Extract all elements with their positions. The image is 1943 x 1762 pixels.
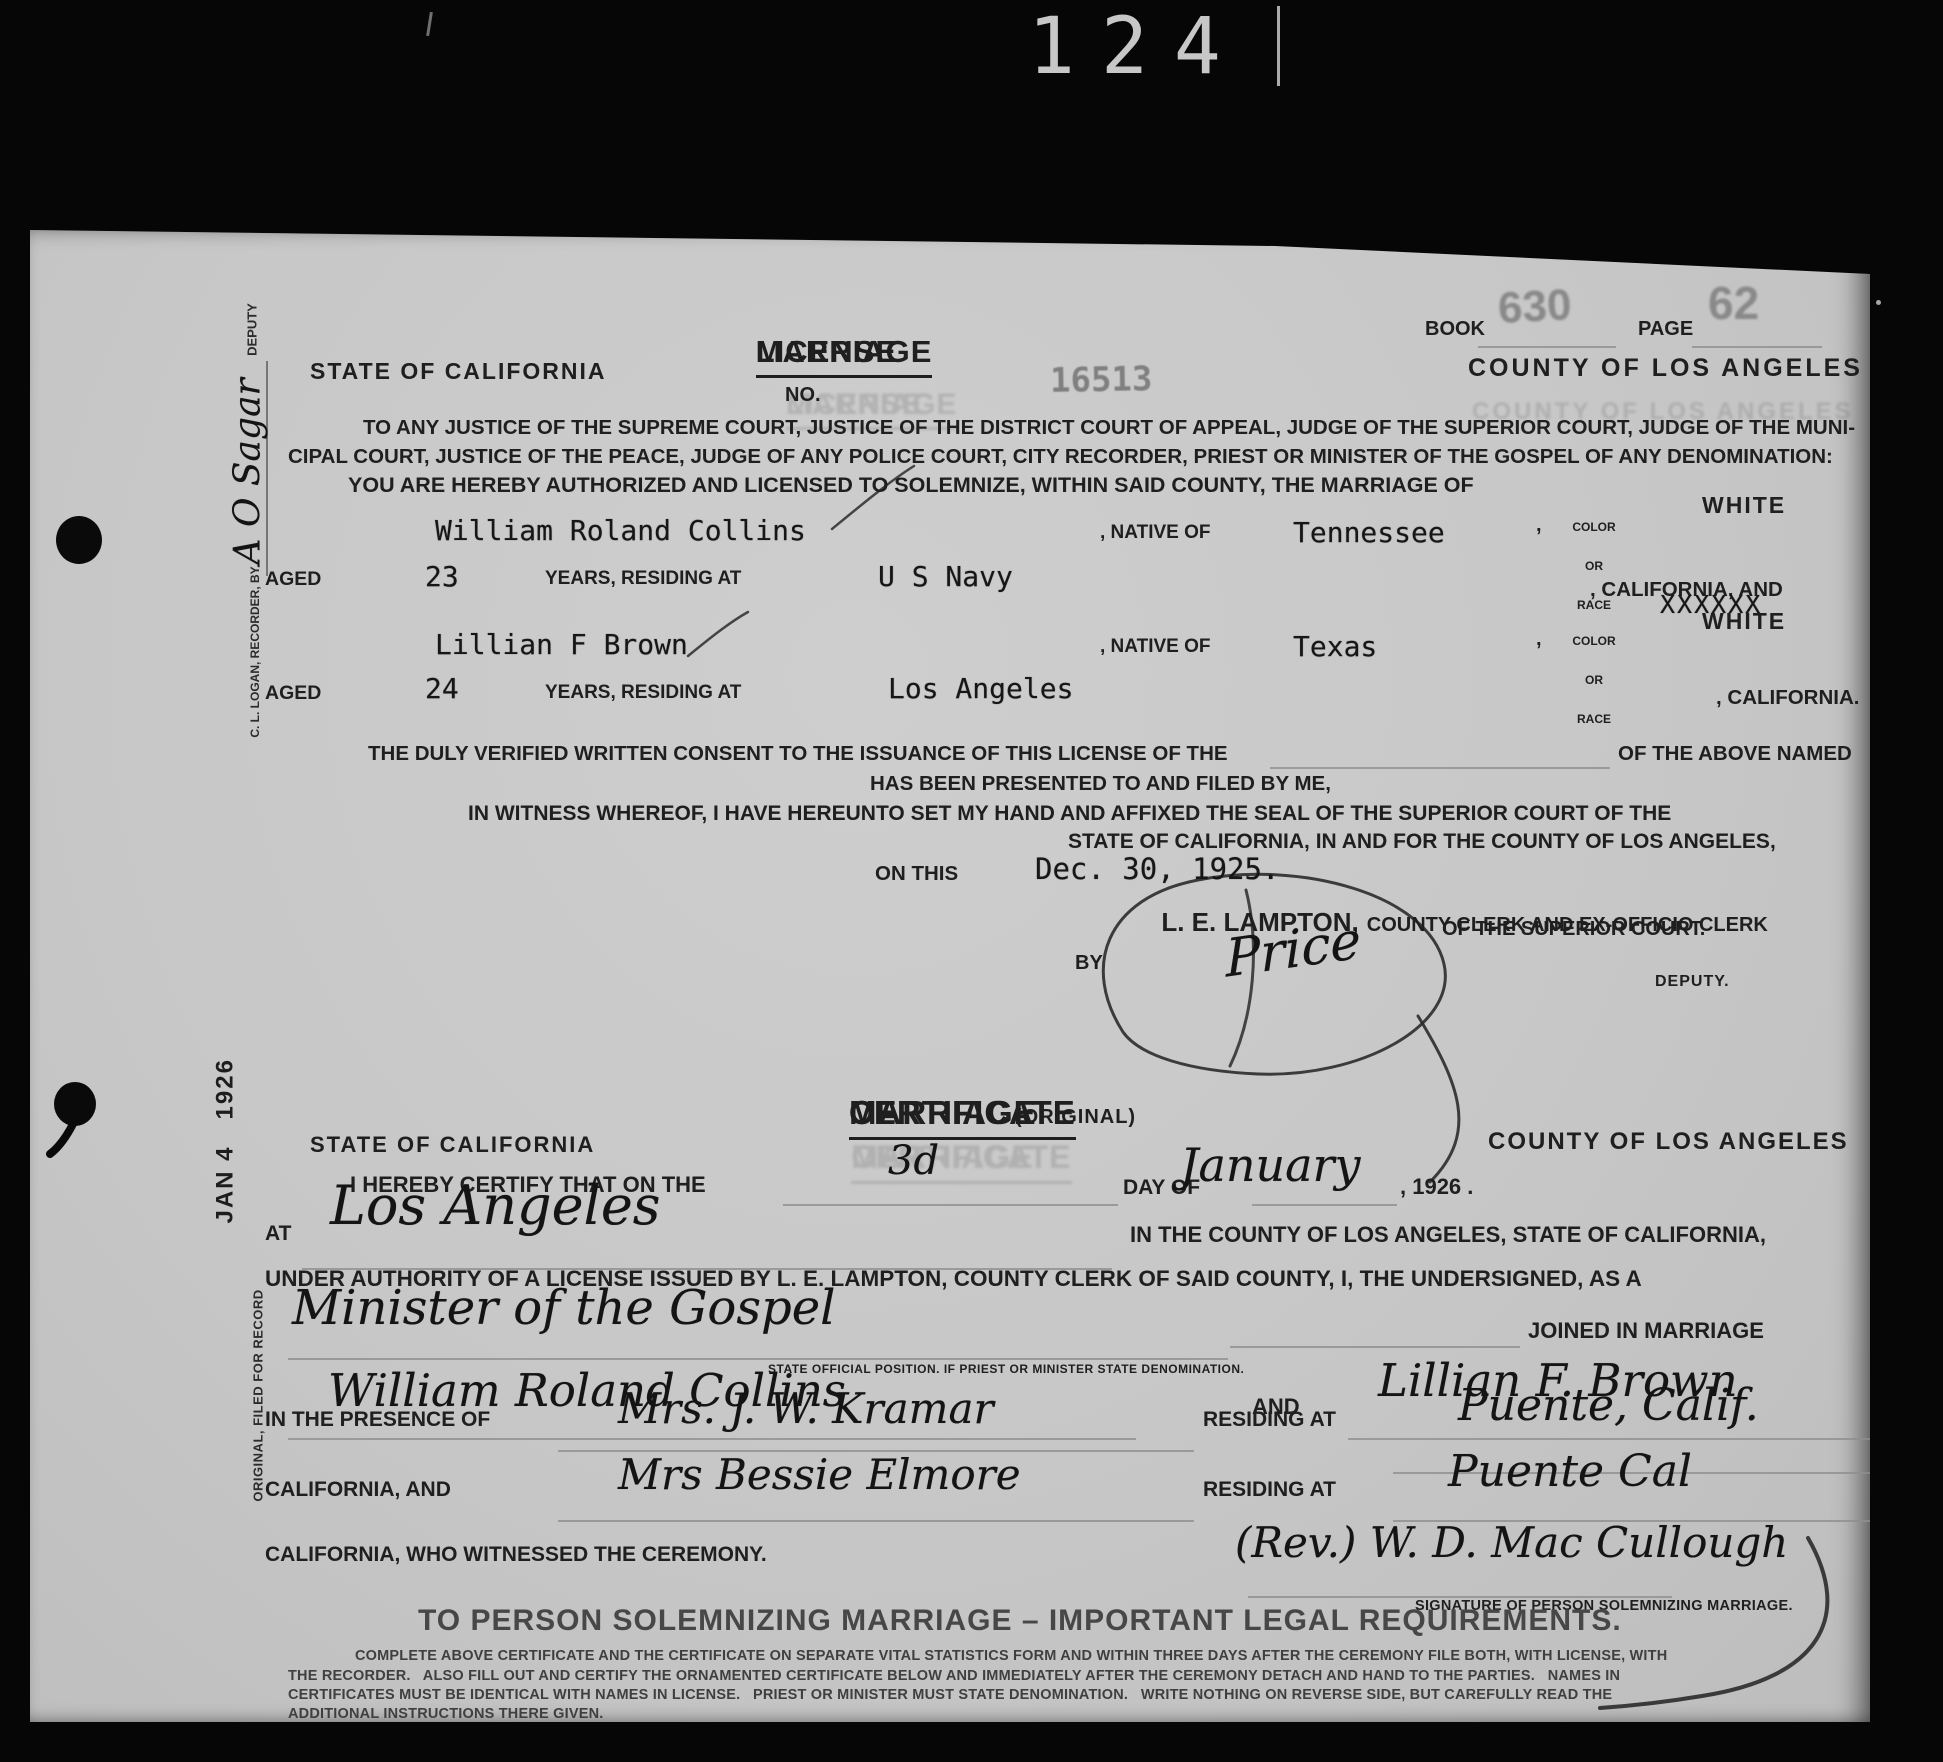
at-label: AT	[265, 1222, 291, 1246]
official-position-underline	[288, 1358, 1228, 1360]
bride-residence-typed: Los Angeles	[888, 672, 1073, 705]
deputy-signature-tail	[1418, 1016, 1459, 1182]
bride-race-value: WHITE	[1702, 608, 1786, 635]
official-position-handwritten: Minister of the Gospel	[292, 1280, 835, 1336]
bride-color-or-race-label: COLOR OR RACE	[1562, 609, 1626, 752]
on-this-label: ON THIS	[875, 862, 958, 886]
certificate-title-word3: MARRIAGE	[849, 1094, 1037, 1140]
witness2-residence-handwritten: Puente Cal	[1448, 1446, 1692, 1497]
legal-fine-print-line3: CERTIFICATES MUST BE IDENTICAL WITH NAME…	[288, 1687, 1612, 1703]
margin-deputy-recorder-signature: A O Sagar	[228, 385, 269, 565]
license-state-heading: STATE OF CALIFORNIA	[310, 358, 607, 385]
witness-whereof-line-2: STATE OF CALIFORNIA, IN AND FOR THE COUN…	[1068, 830, 1776, 854]
bride-native-of-label: , NATIVE OF	[1100, 636, 1210, 658]
legal-fine-print-line4: ADDITIONAL INSTRUCTIONS THERE GIVEN.	[288, 1706, 603, 1722]
witnessed-ceremony-line: CALIFORNIA, WHO WITNESSED THE CEREMONY.	[265, 1543, 767, 1567]
consent-right-text: OF THE ABOVE NAMED	[1618, 742, 1852, 766]
groom-aged-label: AGED	[265, 568, 321, 591]
certificate-title: CERTIFICATEOFMARRIAGE	[788, 1056, 849, 1170]
by-label: BY	[1075, 952, 1103, 975]
authorization-line: YOU ARE HEREBY AUTHORIZED AND LICENSED T…	[348, 473, 1474, 498]
license-title: MARRIAGELICENSE	[698, 298, 756, 406]
bride-race-comma: ,	[1536, 628, 1542, 651]
joined-blank-line	[1230, 1346, 1520, 1348]
certificate-subtitle: (ORIGINAL)	[1015, 1106, 1136, 1129]
groom-residence-typed: U S Navy	[878, 560, 1013, 593]
witness1-residence-handwritten: Puente, Calif.	[1458, 1380, 1759, 1431]
witness1-residing-label: RESIDING AT	[1203, 1408, 1336, 1432]
bride-aged-label: AGED	[265, 682, 321, 705]
joined-in-marriage-label: JOINED IN MARRIAGE	[1528, 1318, 1764, 1344]
witness1-name-handwritten: Mrs. J. W. Kramar	[618, 1384, 994, 1433]
in-county-line: IN THE COUNTY OF LOS ANGELES, STATE OF C…	[1130, 1222, 1766, 1248]
film-frame-number: 124	[1028, 2, 1247, 92]
clerk-title-line-2: OF THE SUPERIOR COURT.	[1442, 918, 1705, 941]
license-county-heading: COUNTY OF LOS ANGELES	[1468, 354, 1863, 383]
witness2-underline	[558, 1520, 1194, 1522]
punch-hole-tail	[50, 1122, 74, 1154]
document-paper: MARRIAGELICENSE MARRIAGELICENSE BOOK 630…	[30, 226, 1870, 1722]
bride-check-slash	[688, 612, 748, 656]
punch-hole-top	[56, 516, 102, 564]
book-label: BOOK	[1425, 318, 1485, 341]
consent-blank-line	[1270, 767, 1610, 769]
certificate-county-heading: COUNTY OF LOS ANGELES	[1488, 1128, 1849, 1156]
margin-recorder-line: C. L. LOGAN, RECORDER, BY	[248, 557, 262, 747]
solemnizer-signature: (Rev.) W. D. Mac Cullough	[1235, 1518, 1788, 1567]
groom-age-typed: 23	[425, 560, 459, 593]
film-scratch-line	[1277, 6, 1280, 86]
witness-whereof-line-1: IN WITNESS WHEREOF, I HAVE HEREUNTO SET …	[468, 802, 1671, 826]
groom-native-of-label: , NATIVE OF	[1100, 522, 1210, 544]
bride-name-typed: Lillian F Brown	[435, 628, 688, 661]
bride-age-typed: 24	[425, 672, 459, 705]
margin-filing-date-stamp: JAN 4 1926	[212, 1069, 240, 1224]
license-number-label: NO.	[785, 384, 821, 407]
witness2-name-handwritten: Mrs Bessie Elmore	[618, 1450, 1021, 1499]
film-scratch-tick	[426, 12, 433, 36]
license-number-stamp: 16513	[1050, 359, 1153, 401]
consent-line-1: THE DULY VERIFIED WRITTEN CONSENT TO THE…	[368, 742, 1228, 766]
ceremony-place-handwritten: Los Angeles	[330, 1174, 661, 1237]
addressee-line-2: CIPAL COURT, JUSTICE OF THE PEACE, JUDGE…	[288, 445, 1833, 469]
bride-state-suffix: , CALIFORNIA.	[1716, 686, 1860, 710]
certificate-bride-underline	[1348, 1438, 1872, 1440]
ceremony-year: , 1926 .	[1400, 1174, 1473, 1200]
ceremony-month-handwritten: January	[1180, 1138, 1361, 1192]
certificate-state-heading: STATE OF CALIFORNIA	[310, 1132, 595, 1158]
margin-deputy-label: DEPUTY	[245, 295, 260, 365]
page-number-stamp: 62	[1708, 276, 1759, 330]
groom-name-typed: William Roland Collins	[435, 514, 806, 547]
addressee-line-1: TO ANY JUSTICE OF THE SUPREME COURT, JUS…	[363, 416, 1855, 440]
legal-fine-print-line1: COMPLETE ABOVE CERTIFICATE AND THE CERTI…	[355, 1648, 1667, 1664]
legal-requirements-heading: TO PERSON SOLEMNIZING MARRIAGE – IMPORTA…	[418, 1604, 1622, 1638]
consent-line-2: HAS BEEN PRESENTED TO AND FILED BY ME,	[870, 772, 1331, 796]
presence-label: IN THE PRESENCE OF	[265, 1408, 490, 1432]
license-title-word2: LICENSE	[756, 334, 897, 378]
book-number-stamp: 630	[1497, 280, 1573, 334]
groom-native-state-typed: Tennessee	[1293, 516, 1445, 549]
groom-race-value: WHITE	[1702, 492, 1786, 519]
scanned-document-page: 124 MARRIAGELICENSE MARRIAGELICENSE BOOK…	[0, 0, 1943, 1762]
page-label: PAGE	[1638, 318, 1693, 341]
ceremony-day-handwritten: 3d	[888, 1138, 939, 1184]
film-dust-speck	[1876, 300, 1881, 305]
groom-residing-label: YEARS, RESIDING AT	[545, 568, 741, 590]
page-underline	[1692, 346, 1822, 348]
legal-fine-print-line2: THE RECORDER. ALSO FILL OUT AND CERTIFY …	[288, 1668, 1620, 1684]
month-underline	[1252, 1204, 1397, 1206]
deputy-label: DEPUTY.	[1655, 973, 1730, 991]
california-and-label: CALIFORNIA, AND	[265, 1478, 451, 1502]
groom-race-comma: ,	[1536, 514, 1542, 537]
certificate-groom-underline	[288, 1438, 1136, 1440]
bride-residing-label: YEARS, RESIDING AT	[545, 682, 741, 704]
witness2-residing-label: RESIDING AT	[1203, 1478, 1336, 1502]
margin-filed-for-record-label: ORIGINAL, FILED FOR RECORD	[251, 1280, 266, 1512]
issue-date-typed: Dec. 30, 1925.	[1035, 852, 1279, 886]
punch-hole-bottom	[54, 1082, 96, 1126]
bride-native-state-typed: Texas	[1293, 630, 1377, 663]
book-underline	[1478, 346, 1616, 348]
day-underline	[783, 1204, 1118, 1206]
